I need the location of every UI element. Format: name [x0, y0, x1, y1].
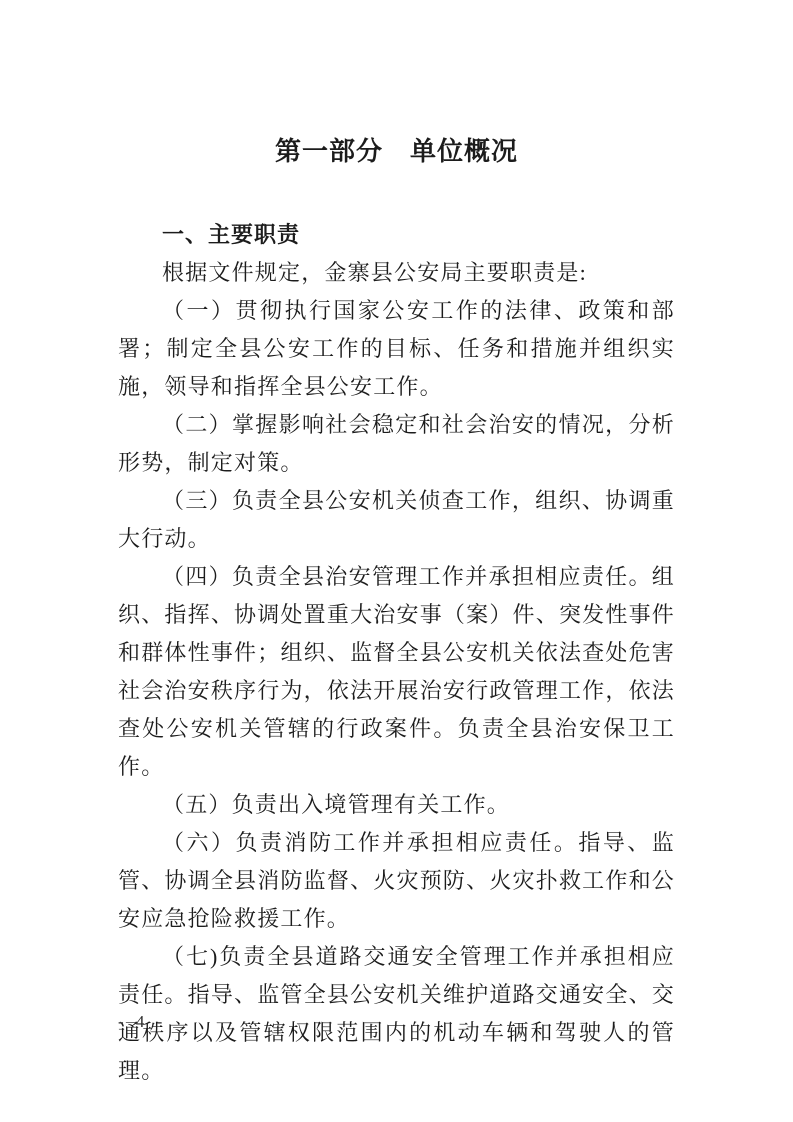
document-title: 第一部分 单位概况 [118, 134, 675, 168]
paragraph-duty-1: （一）贯彻执行国家公安工作的法律、政策和部署；制定全县公安工作的目标、任务和措施… [118, 292, 675, 406]
paragraph-duty-3: （三）负责全县公安机关侦查工作，组织、协调重大行动。 [118, 482, 675, 558]
paragraph-intro: 根据文件规定，金寨县公安局主要职责是: [118, 254, 675, 292]
paragraph-duty-2: （二）掌握影响社会稳定和社会治安的情况，分析形势，制定对策。 [118, 406, 675, 482]
page-number: - 4 - [118, 1012, 166, 1032]
document-page: 第一部分 单位概况 一、主要职责 根据文件规定，金寨县公安局主要职责是: （一）… [0, 0, 793, 1122]
page-content: 第一部分 单位概况 一、主要职责 根据文件规定，金寨县公安局主要职责是: （一）… [118, 134, 675, 1090]
paragraph-duty-5: （五）负责出入境管理有关工作。 [118, 786, 675, 824]
paragraph-duty-7: （七)负责全县道路交通安全管理工作并承担相应责任。指导、监管全县公安机关维护道路… [118, 938, 675, 1090]
paragraph-duty-6: （六）负责消防工作并承担相应责任。指导、监管、协调全县消防监督、火灾预防、火灾扑… [118, 824, 675, 938]
paragraph-duty-4: （四）负责全县治安管理工作并承担相应责任。组织、指挥、协调处置重大治安事（案）件… [118, 558, 675, 786]
section-heading-main-duties: 一、主要职责 [118, 216, 675, 254]
